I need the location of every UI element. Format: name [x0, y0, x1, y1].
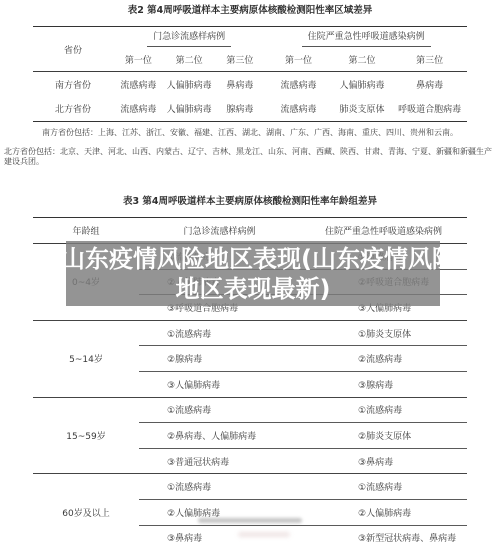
table2-header-province: 省份 [33, 27, 113, 71]
table2-header: 省份 门急诊流感样病例 住院严重急性呼吸道感染病例 第一位 第二位 第三位 第一… [33, 27, 467, 72]
table-cell: ①流感病毒 [139, 480, 300, 493]
table-cell: ①流感病毒 [300, 480, 467, 493]
table-cell: 呼吸道合胞病毒 [392, 102, 467, 115]
rank-header: 第一位 [113, 53, 164, 66]
province-label: 北方省份 [33, 102, 113, 115]
age-group-15-59: 15~59岁 ①流感病毒 ①流感病毒 ②鼻病毒、人偏肺病毒 ②肺炎支原体 ③普通… [33, 397, 467, 474]
table2: 省份 门急诊流感样病例 住院严重急性呼吸道感染病例 第一位 第二位 第三位 第一… [33, 26, 467, 122]
table-cell: ①肺炎支原体 [300, 327, 467, 340]
headline-line-1: 山东疫情风险地区表现(山东疫情风险 [61, 244, 440, 274]
table-cell: ③人偏肺病毒 [139, 378, 300, 391]
rank-header: 第三位 [214, 53, 265, 66]
table-cell: 流感病毒 [265, 78, 332, 91]
table2-rank-headers-inpatient: 第一位 第二位 第三位 [265, 53, 467, 66]
table-cell: 人偏肺病毒 [164, 102, 215, 115]
table3-title: 表3 第4周呼吸道样本主要病原体核酸检测阳性率年龄组差异 [0, 196, 500, 208]
table-cell: ③鼻病毒 [300, 455, 467, 468]
age-label: 5~14岁 [33, 321, 139, 397]
table-row-south: 南方省份 流感病毒 人偏肺病毒 鼻病毒 流感病毒 人偏肺病毒 鼻病毒 [33, 72, 467, 97]
table-cell: ③腺病毒 [300, 378, 467, 391]
table-cell: 人偏肺病毒 [164, 78, 215, 91]
table2-group-outpatient: 门急诊流感样病例 [113, 29, 265, 47]
table2-title: 表2 第4周呼吸道样本主要病原体核酸检测阳性率区域差异 [0, 5, 500, 17]
rank-header: 第二位 [332, 53, 393, 66]
table-cell: ①流感病毒 [300, 403, 467, 416]
age-label: 60岁及以上 [33, 474, 139, 546]
headline-line-2: 地区表现最新) [66, 274, 440, 304]
rank-header: 第三位 [392, 53, 467, 66]
table-cell: 鼻病毒 [392, 78, 467, 91]
table-cell: ①流感病毒 [139, 403, 300, 416]
footnote-north-provinces: 北方省份包括：北京、天津、河北、山西、内蒙古、辽宁、吉林、黑龙江、山东、河南、西… [4, 147, 496, 167]
table-cell: ①流感病毒 [139, 327, 300, 340]
rank-header: 第二位 [164, 53, 215, 66]
table-cell: ②肺炎支原体 [300, 429, 467, 442]
rank-header: 第一位 [265, 53, 332, 66]
footnote-south-provinces: 南方省份包括：上海、江苏、浙江、安徽、福建、江西、湖北、湖南、广东、广西、海南、… [0, 128, 500, 138]
table-cell: 流感病毒 [265, 102, 332, 115]
table-cell: 流感病毒 [113, 78, 164, 91]
table-cell: 腺病毒 [214, 102, 265, 115]
age-label: 15~59岁 [33, 398, 139, 474]
table3-header-age: 年龄组 [33, 224, 139, 237]
table-cell: ②鼻病毒、人偏肺病毒 [139, 429, 300, 442]
table2-rank-headers-outpatient: 第一位 第二位 第三位 [113, 53, 265, 66]
table-cell: ②人偏肺病毒 [300, 506, 467, 519]
table-cell: ③新型冠状病毒、鼻病毒 [300, 531, 467, 544]
headline-overlay-banner: 山东疫情风险地区表现(山东疫情风险 地区表现最新) [66, 241, 440, 306]
table-cell: 流感病毒 [113, 102, 164, 115]
table3-header-outpatient: 门急诊流感样病例 [139, 224, 300, 237]
table-cell: ②腺病毒 [139, 352, 300, 365]
table-cell: ③普通冠状病毒 [139, 455, 300, 468]
age-group-5-14: 5~14岁 ①流感病毒 ①肺炎支原体 ②腺病毒 ②流感病毒 ③人偏肺病毒 ③腺病… [33, 320, 467, 397]
table-row-north: 北方省份 流感病毒 人偏肺病毒 腺病毒 流感病毒 肺炎支原体 呼吸道合胞病毒 [33, 97, 467, 122]
document-page: 表2 第4周呼吸道样本主要病原体核酸检测阳性率区域差异 省份 门急诊流感样病例 … [0, 0, 500, 546]
table2-group-inpatient: 住院严重急性呼吸道感染病例 [265, 29, 467, 47]
table3-header-inpatient: 住院严重急性呼吸道感染病例 [300, 224, 467, 237]
smudge-artifact [198, 518, 302, 523]
province-label: 南方省份 [33, 78, 113, 91]
table-cell: ②人偏肺病毒 [139, 506, 300, 519]
smudge-artifact [238, 532, 290, 537]
table-cell: 肺炎支原体 [332, 102, 393, 115]
table-cell: ②流感病毒 [300, 352, 467, 365]
table-cell: 鼻病毒 [214, 78, 265, 91]
table-cell: 人偏肺病毒 [332, 78, 393, 91]
